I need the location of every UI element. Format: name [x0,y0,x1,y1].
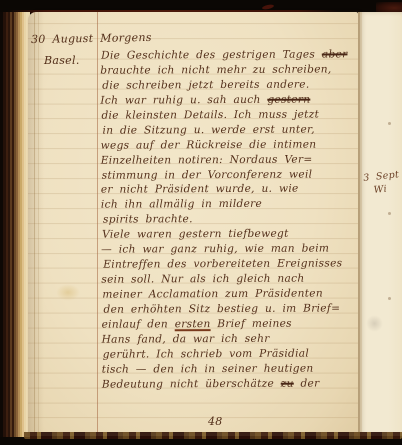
manuscript-line: brauchte ich nicht mehr zu schreiben, [100,62,356,78]
manuscript-line: stimmung in der Vorconferenz weil [102,167,357,183]
page-number: 48 [208,415,223,428]
manuscript-line: Hans fand, da war ich sehr [102,331,358,347]
book-spine-page-edges [0,12,30,437]
facing-page-edge: 3 Sept Wi [358,12,402,436]
manuscript-text: Die Geschichte des gestrigen Tages aberb… [100,47,358,392]
paper-smudge [366,315,383,332]
manuscript-line: den erhöhten Sitz bestieg u. im Brief= [103,301,357,317]
manuscript-line: gerührt. Ich schrieb vom Präsidial [103,346,358,362]
book-photo-background: { "document": { "header": { "date": "30 … [0,0,402,445]
manuscript-line: sein soll. Nur als ich gleich nach [101,271,357,287]
paper-stain [56,284,80,301]
entry-date: 30 August Morgens [31,31,152,46]
binding-dot [388,212,391,215]
manuscript-line: die schreiben jetzt bereits andere. [102,77,356,93]
margin-rule-line [97,12,98,436]
cover-corner [376,2,402,12]
facing-page-note: 3 Sept Wi [363,168,401,198]
manuscript-line: einlauf den ersten Brief meines [102,316,358,332]
manuscript-line: Bedeutung nicht überschätze zu der [102,376,358,392]
binding-dot [388,297,391,300]
diary-page: 30 August Morgens Basel. Die Geschichte … [28,12,358,436]
manuscript-line: Die Geschichte des gestrigen Tages aber [101,47,356,63]
manuscript-line: — ich war ganz ruhig, wie man beim [101,242,357,258]
manuscript-line: ich ihn allmälig in mildere [101,197,357,213]
manuscript-line: in die Sitzung u. werde erst unter, [102,122,356,138]
manuscript-line: Eintreffen des vorbereiteten Ereignisses [103,256,357,272]
manuscript-line: meiner Acclamation zum Präsidenten [102,286,357,302]
manuscript-line: Einzelheiten notiren: Nordaus Ver= [101,152,357,168]
entry-place: Basel. [44,54,80,67]
manuscript-line: er nicht Präsident wurde, u. wie [101,182,357,198]
manuscript-line: tisch — den ich in seiner heutigen [102,361,358,377]
manuscript-line: spirits brachte. [103,212,357,228]
manuscript-line: wegs auf der Rückreise die intimen [101,137,357,153]
manuscript-line: Ich war ruhig u. sah auch gestern [100,92,356,108]
gilt-page-edges [24,432,402,439]
manuscript-line: die kleinsten Details. Ich muss jetzt [101,107,356,123]
facing-note-line: Wi [373,181,401,197]
binding-dot [388,122,391,125]
manuscript-line: Viele waren gestern tiefbewegt [102,227,357,243]
